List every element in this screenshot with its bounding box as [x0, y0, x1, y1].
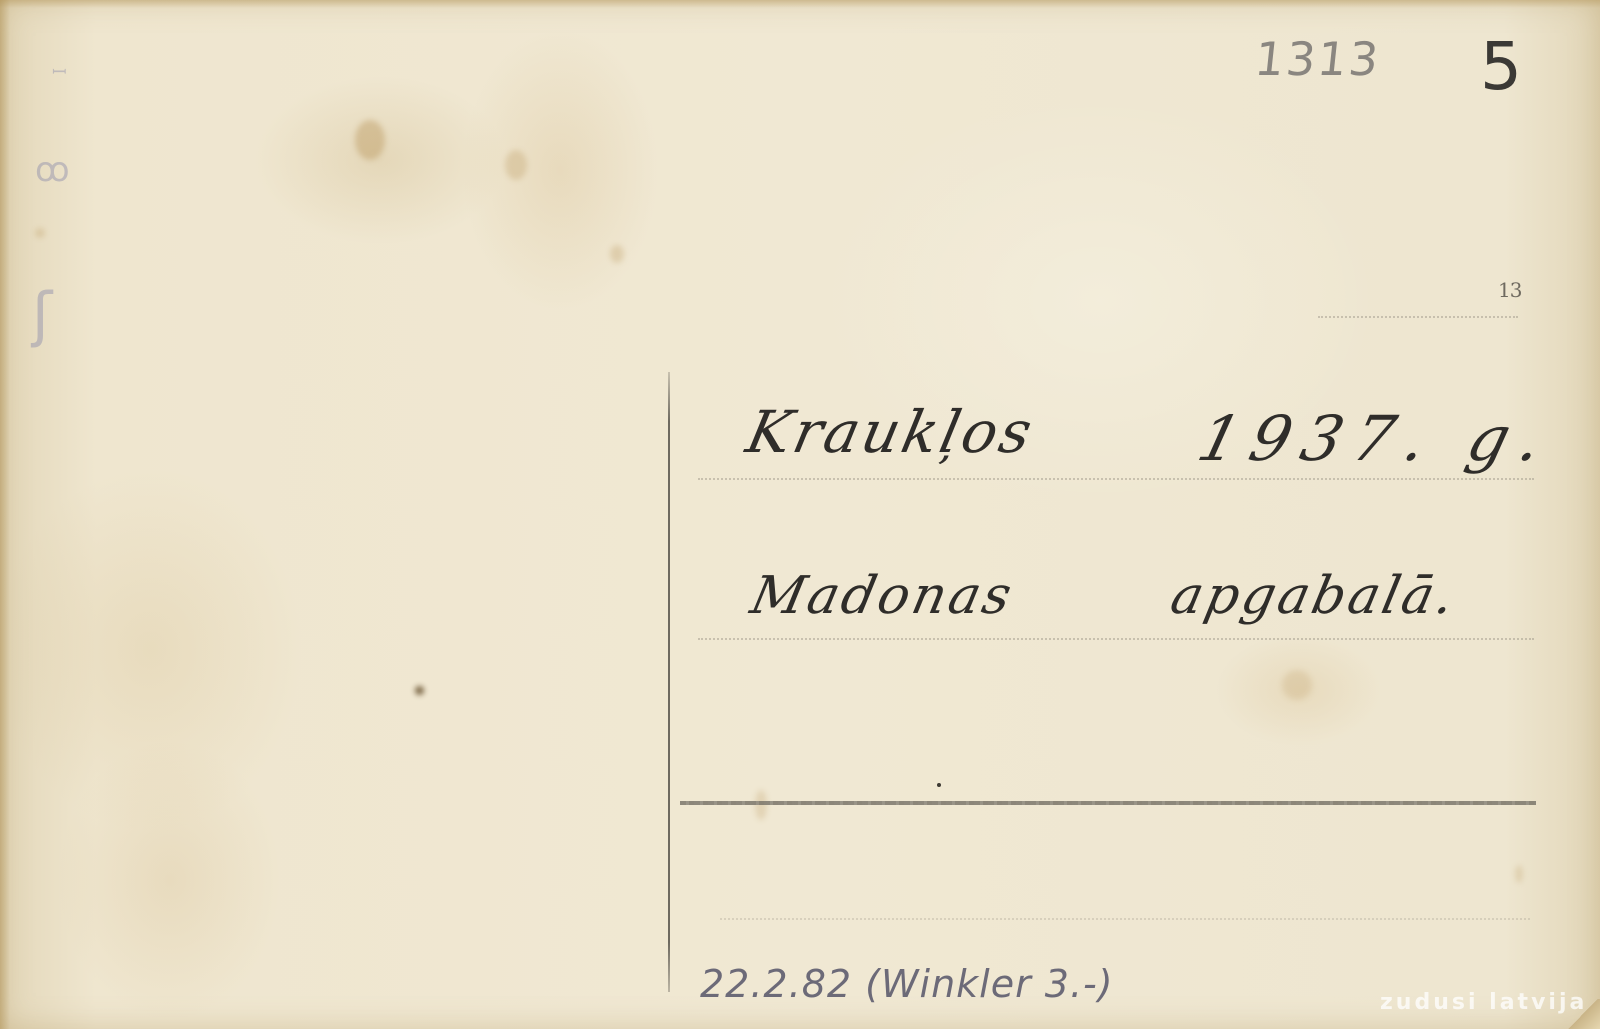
- handwritten-place: Kraukļos: [741, 398, 1041, 466]
- postcard-divider: [668, 372, 670, 992]
- postcard-back: ꟷ ꝏ ʃ 1313 5 13 Kraukļos 1937. g. Madona…: [0, 0, 1600, 1029]
- foxing-stain: [1282, 670, 1312, 700]
- left-margin-mark: ꟷ: [52, 60, 67, 84]
- address-line-4: [720, 918, 1530, 920]
- left-margin-mark: ʃ: [32, 280, 52, 350]
- foxing-stain: [755, 790, 767, 820]
- corner-fold: [1566, 999, 1600, 1029]
- address-line-1: [698, 478, 1534, 480]
- handwritten-region-suffix: apgabalā.: [1166, 566, 1463, 626]
- printed-stamp-box-mark: 13: [1498, 278, 1521, 302]
- page-number: 5: [1480, 28, 1522, 105]
- paper-edge-left: [0, 0, 10, 1029]
- address-line-3: [680, 801, 1536, 805]
- foxing-stain: [610, 245, 624, 263]
- left-margin-mark: ꝏ: [35, 150, 70, 190]
- watermark: zudusi latvija: [1380, 990, 1587, 1015]
- foxing-stain: [355, 120, 385, 160]
- ink-dot: [937, 783, 941, 787]
- handwritten-year: 1937. g.: [1191, 402, 1562, 475]
- foxing-stain: [415, 686, 424, 695]
- foxing-stain: [505, 150, 527, 180]
- stamp-box-line: [1318, 316, 1518, 318]
- address-line-2: [698, 638, 1534, 640]
- foxing-stain: [35, 228, 45, 238]
- handwritten-region: Madonas: [746, 566, 1020, 626]
- archive-number: 1313: [1252, 32, 1383, 86]
- paper-edge-top: [0, 0, 1600, 8]
- pencil-acquisition-note: 22.2.82 (Winkler 3.-): [700, 962, 1114, 1006]
- foxing-stain: [1515, 865, 1523, 883]
